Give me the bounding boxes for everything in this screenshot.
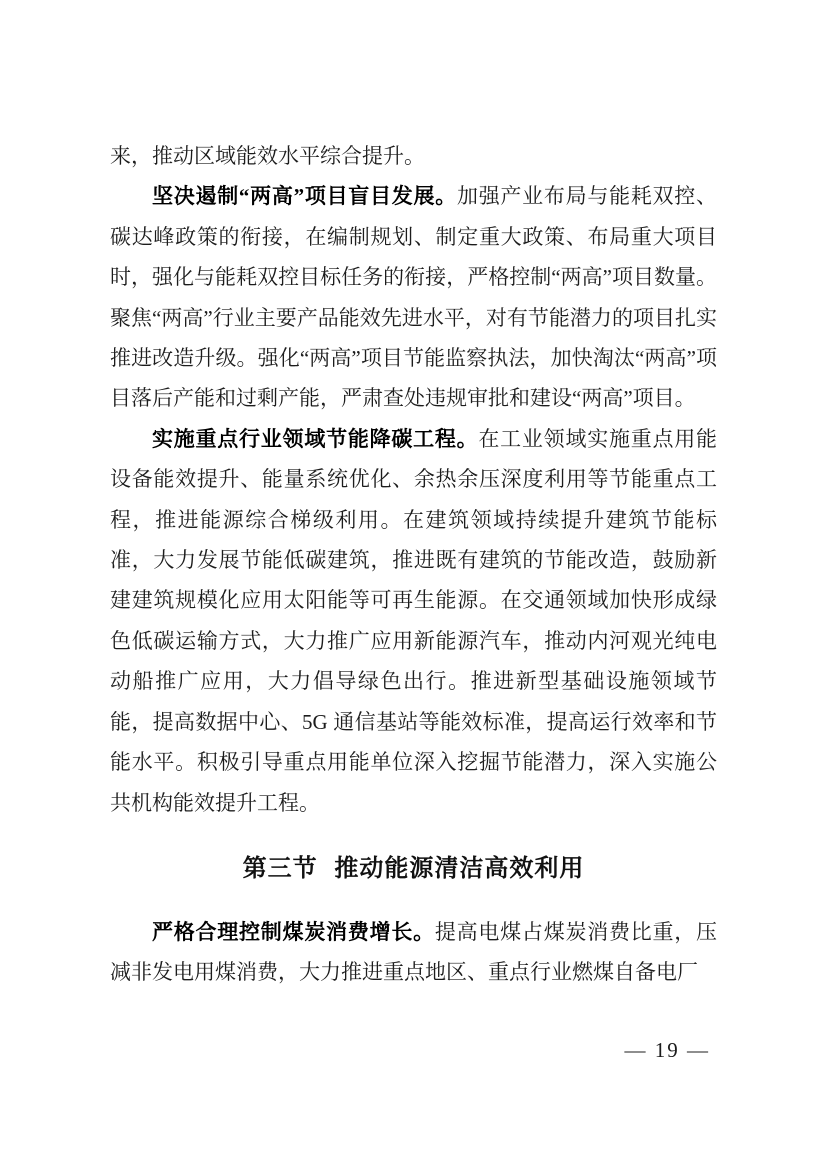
document-page: 来，推动区域能效水平综合提升。 坚决遏制“两高”项目盲目发展。加强产业布局与能耗…: [0, 0, 826, 1169]
section-heading-title: 推动能源清洁高效利用: [334, 855, 584, 882]
paragraph-body: 在工业领域实施重点用能设备能效提升、能量系统优化、余热余压深度利用等节能重点工程…: [110, 427, 717, 815]
paragraph: 坚决遏制“两高”项目盲目发展。加强产业布局与能耗双控、碳达峰政策的衔接，在编制规…: [110, 176, 717, 418]
paragraph-body: 来，推动区域能效水平综合提升。: [110, 144, 425, 168]
paragraph: 实施重点行业领域节能降碳工程。在工业领域实施重点用能设备能效提升、能量系统优化、…: [110, 419, 717, 823]
paragraph-continuation: 来，推动区域能效水平综合提升。: [110, 136, 717, 176]
page-number: — 19 —: [625, 1038, 711, 1062]
paragraph-lead: 坚决遏制“两高”项目盲目发展。: [152, 184, 457, 208]
paragraph: 严格合理控制煤炭消费增长。提高电煤占煤炭消费比重，压减非发电用煤消费，大力推进重…: [110, 912, 717, 993]
paragraph-lead: 严格合理控制煤炭消费增长。: [152, 920, 435, 944]
section-heading-number: 第三节: [243, 855, 318, 882]
document-body: 来，推动区域能效水平综合提升。 坚决遏制“两高”项目盲目发展。加强产业布局与能耗…: [110, 136, 717, 993]
paragraph-lead: 实施重点行业领域节能降碳工程。: [152, 427, 478, 451]
section-heading: 第三节推动能源清洁高效利用: [110, 854, 717, 884]
paragraph-body: 加强产业布局与能耗双控、碳达峰政策的衔接，在编制规划、制定重大政策、布局重大项目…: [110, 184, 717, 410]
